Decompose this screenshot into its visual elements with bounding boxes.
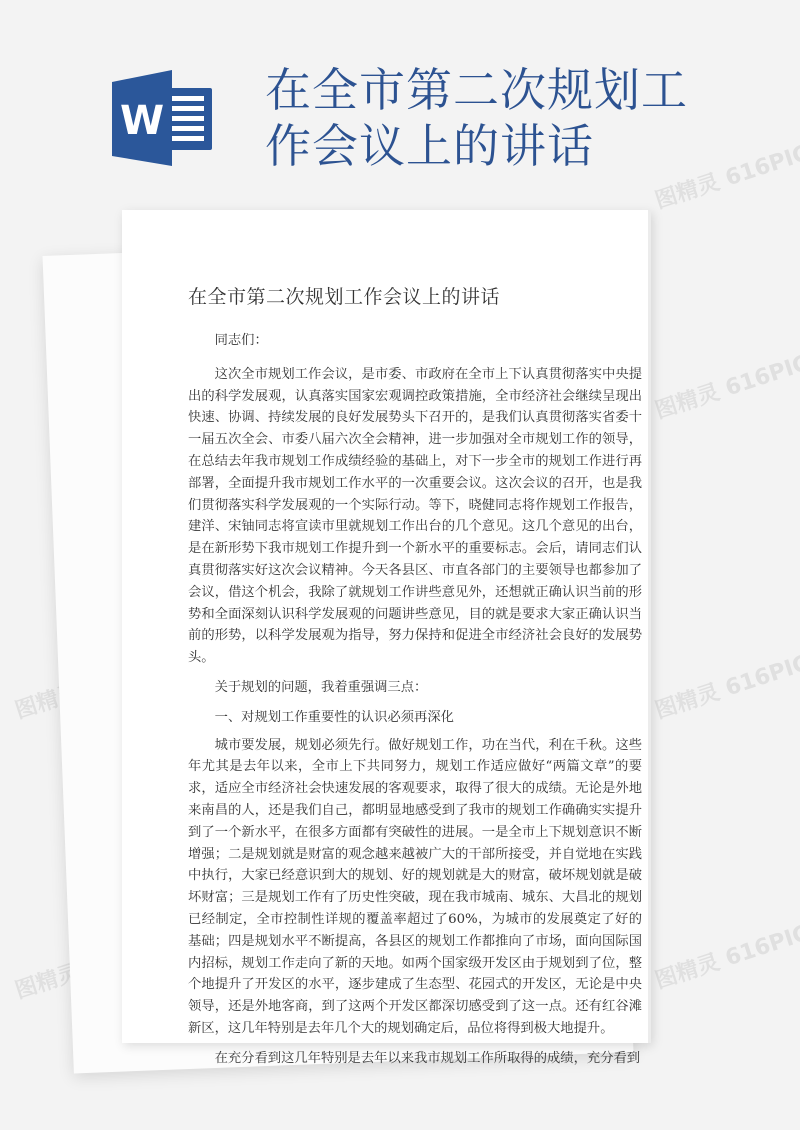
paragraph: 这次全市规划工作会议，是市委、市政府在全市上下认真贯彻落实中央提出的科学发展观，… — [188, 364, 642, 669]
document-title: 在全市第二次规划工作会议上的讲话 — [188, 282, 500, 309]
banner-title: 在全市第二次规划工作会议上的讲话 — [265, 62, 705, 174]
salutation: 同志们： — [188, 330, 642, 352]
paragraph: 在充分看到这几年特别是去年以来我市规划工作所取得的成绩，充分看到 — [188, 1048, 642, 1070]
word-document-icon: W — [110, 68, 216, 168]
watermark-text: 图精灵 616PIC.COM — [651, 326, 800, 425]
section-heading: 一、对规划工作重要性的认识必须再深化 — [188, 707, 642, 729]
header-banner: W 在全市第二次规划工作会议上的讲话 — [0, 0, 800, 200]
svg-text:W: W — [120, 98, 164, 144]
watermark-text: 图精灵 616PIC.COM — [651, 626, 800, 725]
document-body: 同志们： 这次全市规划工作会议，是市委、市政府在全市上下认真贯彻落实中央提出的科… — [188, 330, 642, 1078]
paragraph: 关于规划的问题，我着重强调三点： — [188, 677, 642, 699]
paragraph: 城市要发展，规划必须先行。做好规划工作，功在当代，利在千秋。这些年尤其是去年以来… — [188, 735, 642, 1040]
document-page: 在全市第二次规划工作会议上的讲话 同志们： 这次全市规划工作会议，是市委、市政府… — [122, 210, 651, 1043]
watermark-text: 图精灵 616PIC.COM — [651, 896, 800, 995]
